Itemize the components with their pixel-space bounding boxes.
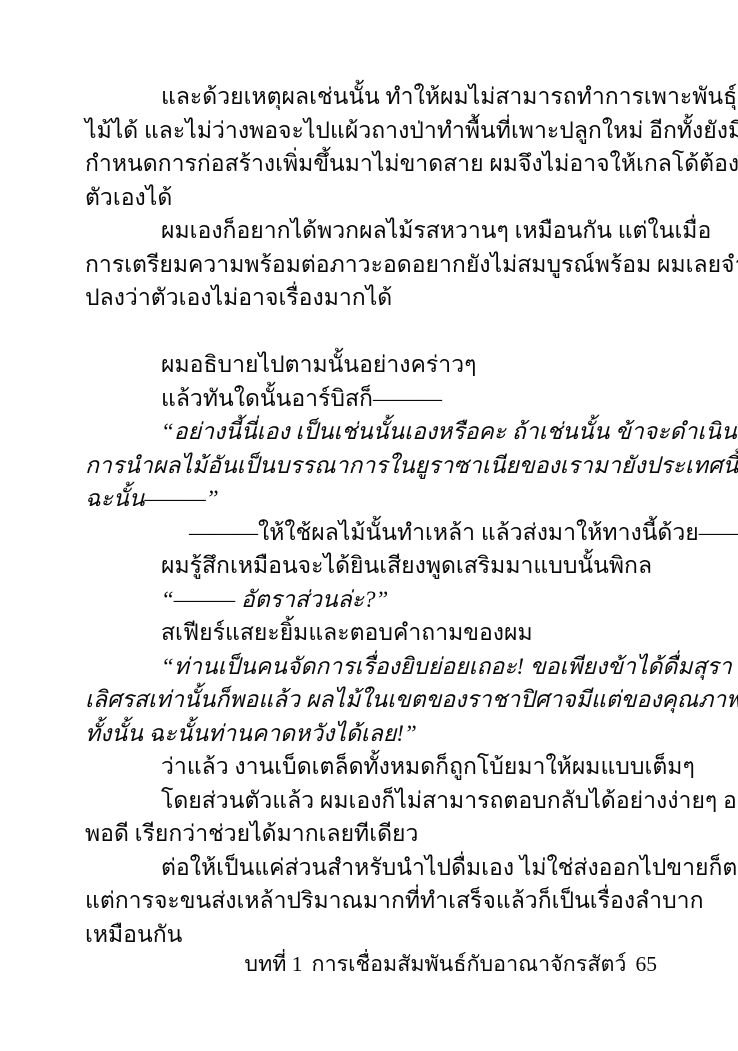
text-line: “อย่างนี้นี่เอง เป็นเช่นนั้นเองหรือคะ ถ้… [85,415,663,449]
text-line: การนำผลไม้อันเป็นบรรณาการในยูราซาเนียของ… [85,449,663,483]
paragraph: “——— อัตราส่วนล่ะ?” [85,583,663,617]
text-line: แต่การจะขนส่งเหล้าปริมาณมากที่ทำเสร็จแล้… [85,884,663,918]
paragraph: “ท่านเป็นคนจัดการเรื่องยิบย่อยเถอะ! ขอเพ… [85,650,663,751]
text-line: ต่อให้เป็นแค่ส่วนสำหรับนำไปดื่มเอง ไม่ใช… [85,851,663,885]
paragraph: ———ให้ใช้ผลไม้นั้นทำเหล้า แล้วส่งมาให้ทา… [85,516,663,550]
chapter-title: การเชื่อมสัมพันธ์กับอาณาจักรสัตว์ [312,952,627,976]
chapter-label: บทที่ 1 [244,952,302,976]
paragraph: และด้วยเหตุผลเช่นนั้น ทำให้ผมไม่สามารถทำ… [85,80,663,214]
text-line: แล้วทันใดนั้นอาร์บิสก็——— [85,382,663,416]
text-line: ตัวเองได้ [85,181,663,215]
text-line: ว่าแล้ว งานเบ็ดเตล็ดทั้งหมดก็ถูกโบ้ยมาให… [85,750,663,784]
text-line: พอดี เรียกว่าช่วยได้มากเลยทีเดียว [85,817,663,851]
page-footer: บทที่ 1การเชื่อมสัมพันธ์กับอาณาจักรสัตว์… [85,949,657,979]
text-line: ผมอธิบายไปตามนั้นอย่างคร่าวๆ [85,348,663,382]
text-line: ทั้งนั้น ฉะนั้นท่านคาดหวังได้เลย!” [85,717,663,751]
text-line: สเฟียร์แสยะยิ้มและตอบคำถามของผม [85,616,663,650]
paragraph-spacer [85,315,663,349]
text-line: เลิศรสเท่านั้นก็พอแล้ว ผลไม้ในเขตของราชา… [85,683,663,717]
paragraph: “อย่างนี้นี่เอง เป็นเช่นนั้นเองหรือคะ ถ้… [85,415,663,516]
text-line: เหมือนกัน [85,918,663,952]
text-line: “——— อัตราส่วนล่ะ?” [85,583,663,617]
paragraph: ผมอธิบายไปตามนั้นอย่างคร่าวๆ [85,348,663,382]
paragraph: ว่าแล้ว งานเบ็ดเตล็ดทั้งหมดก็ถูกโบ้ยมาให… [85,750,663,784]
paragraph: สเฟียร์แสยะยิ้มและตอบคำถามของผม [85,616,663,650]
text-line: และด้วยเหตุผลเช่นนั้น ทำให้ผมไม่สามารถทำ… [85,80,663,114]
text-line: ฉะนั้น———” [85,482,663,516]
paragraph: แล้วทันใดนั้นอาร์บิสก็——— [85,382,663,416]
text-line: ไม้ได้ และไม่ว่างพอจะไปแผ้วถางป่าทำพื้นท… [85,114,663,148]
text-line: “ท่านเป็นคนจัดการเรื่องยิบย่อยเถอะ! ขอเพ… [85,650,663,684]
text-line: โดยส่วนตัวแล้ว ผมเองก็ไม่สามารถตอบกลับได… [85,784,663,818]
text-line: ———ให้ใช้ผลไม้นั้นทำเหล้า แล้วส่งมาให้ทา… [85,516,663,550]
book-page: และด้วยเหตุผลเช่นนั้น ทำให้ผมไม่สามารถทำ… [0,0,738,1051]
text-line: ผมรู้สึกเหมือนจะได้ยินเสียงพูดเสริมมาแบบ… [85,549,663,583]
text-blocks: และด้วยเหตุผลเช่นนั้น ทำให้ผมไม่สามารถทำ… [85,80,663,951]
paragraph: ผมเองก็อยากได้พวกผลไม้รสหวานๆ เหมือนกัน … [85,214,663,315]
text-line: ผมเองก็อยากได้พวกผลไม้รสหวานๆ เหมือนกัน … [85,214,663,248]
paragraph: ผมรู้สึกเหมือนจะได้ยินเสียงพูดเสริมมาแบบ… [85,549,663,583]
paragraph: โดยส่วนตัวแล้ว ผมเองก็ไม่สามารถตอบกลับได… [85,784,663,851]
text-line: การเตรียมความพร้อมต่อภาวะอดอยากยังไม่สมบ… [85,248,663,282]
paragraph: ต่อให้เป็นแค่ส่วนสำหรับนำไปดื่มเอง ไม่ใช… [85,851,663,952]
page-number: 65 [636,952,658,976]
text-line: กำหนดการก่อสร้างเพิ่มขึ้นมาไม่ขาดสาย ผมจ… [85,147,663,181]
text-line: ปลงว่าตัวเองไม่อาจเรื่องมากได้ [85,281,663,315]
